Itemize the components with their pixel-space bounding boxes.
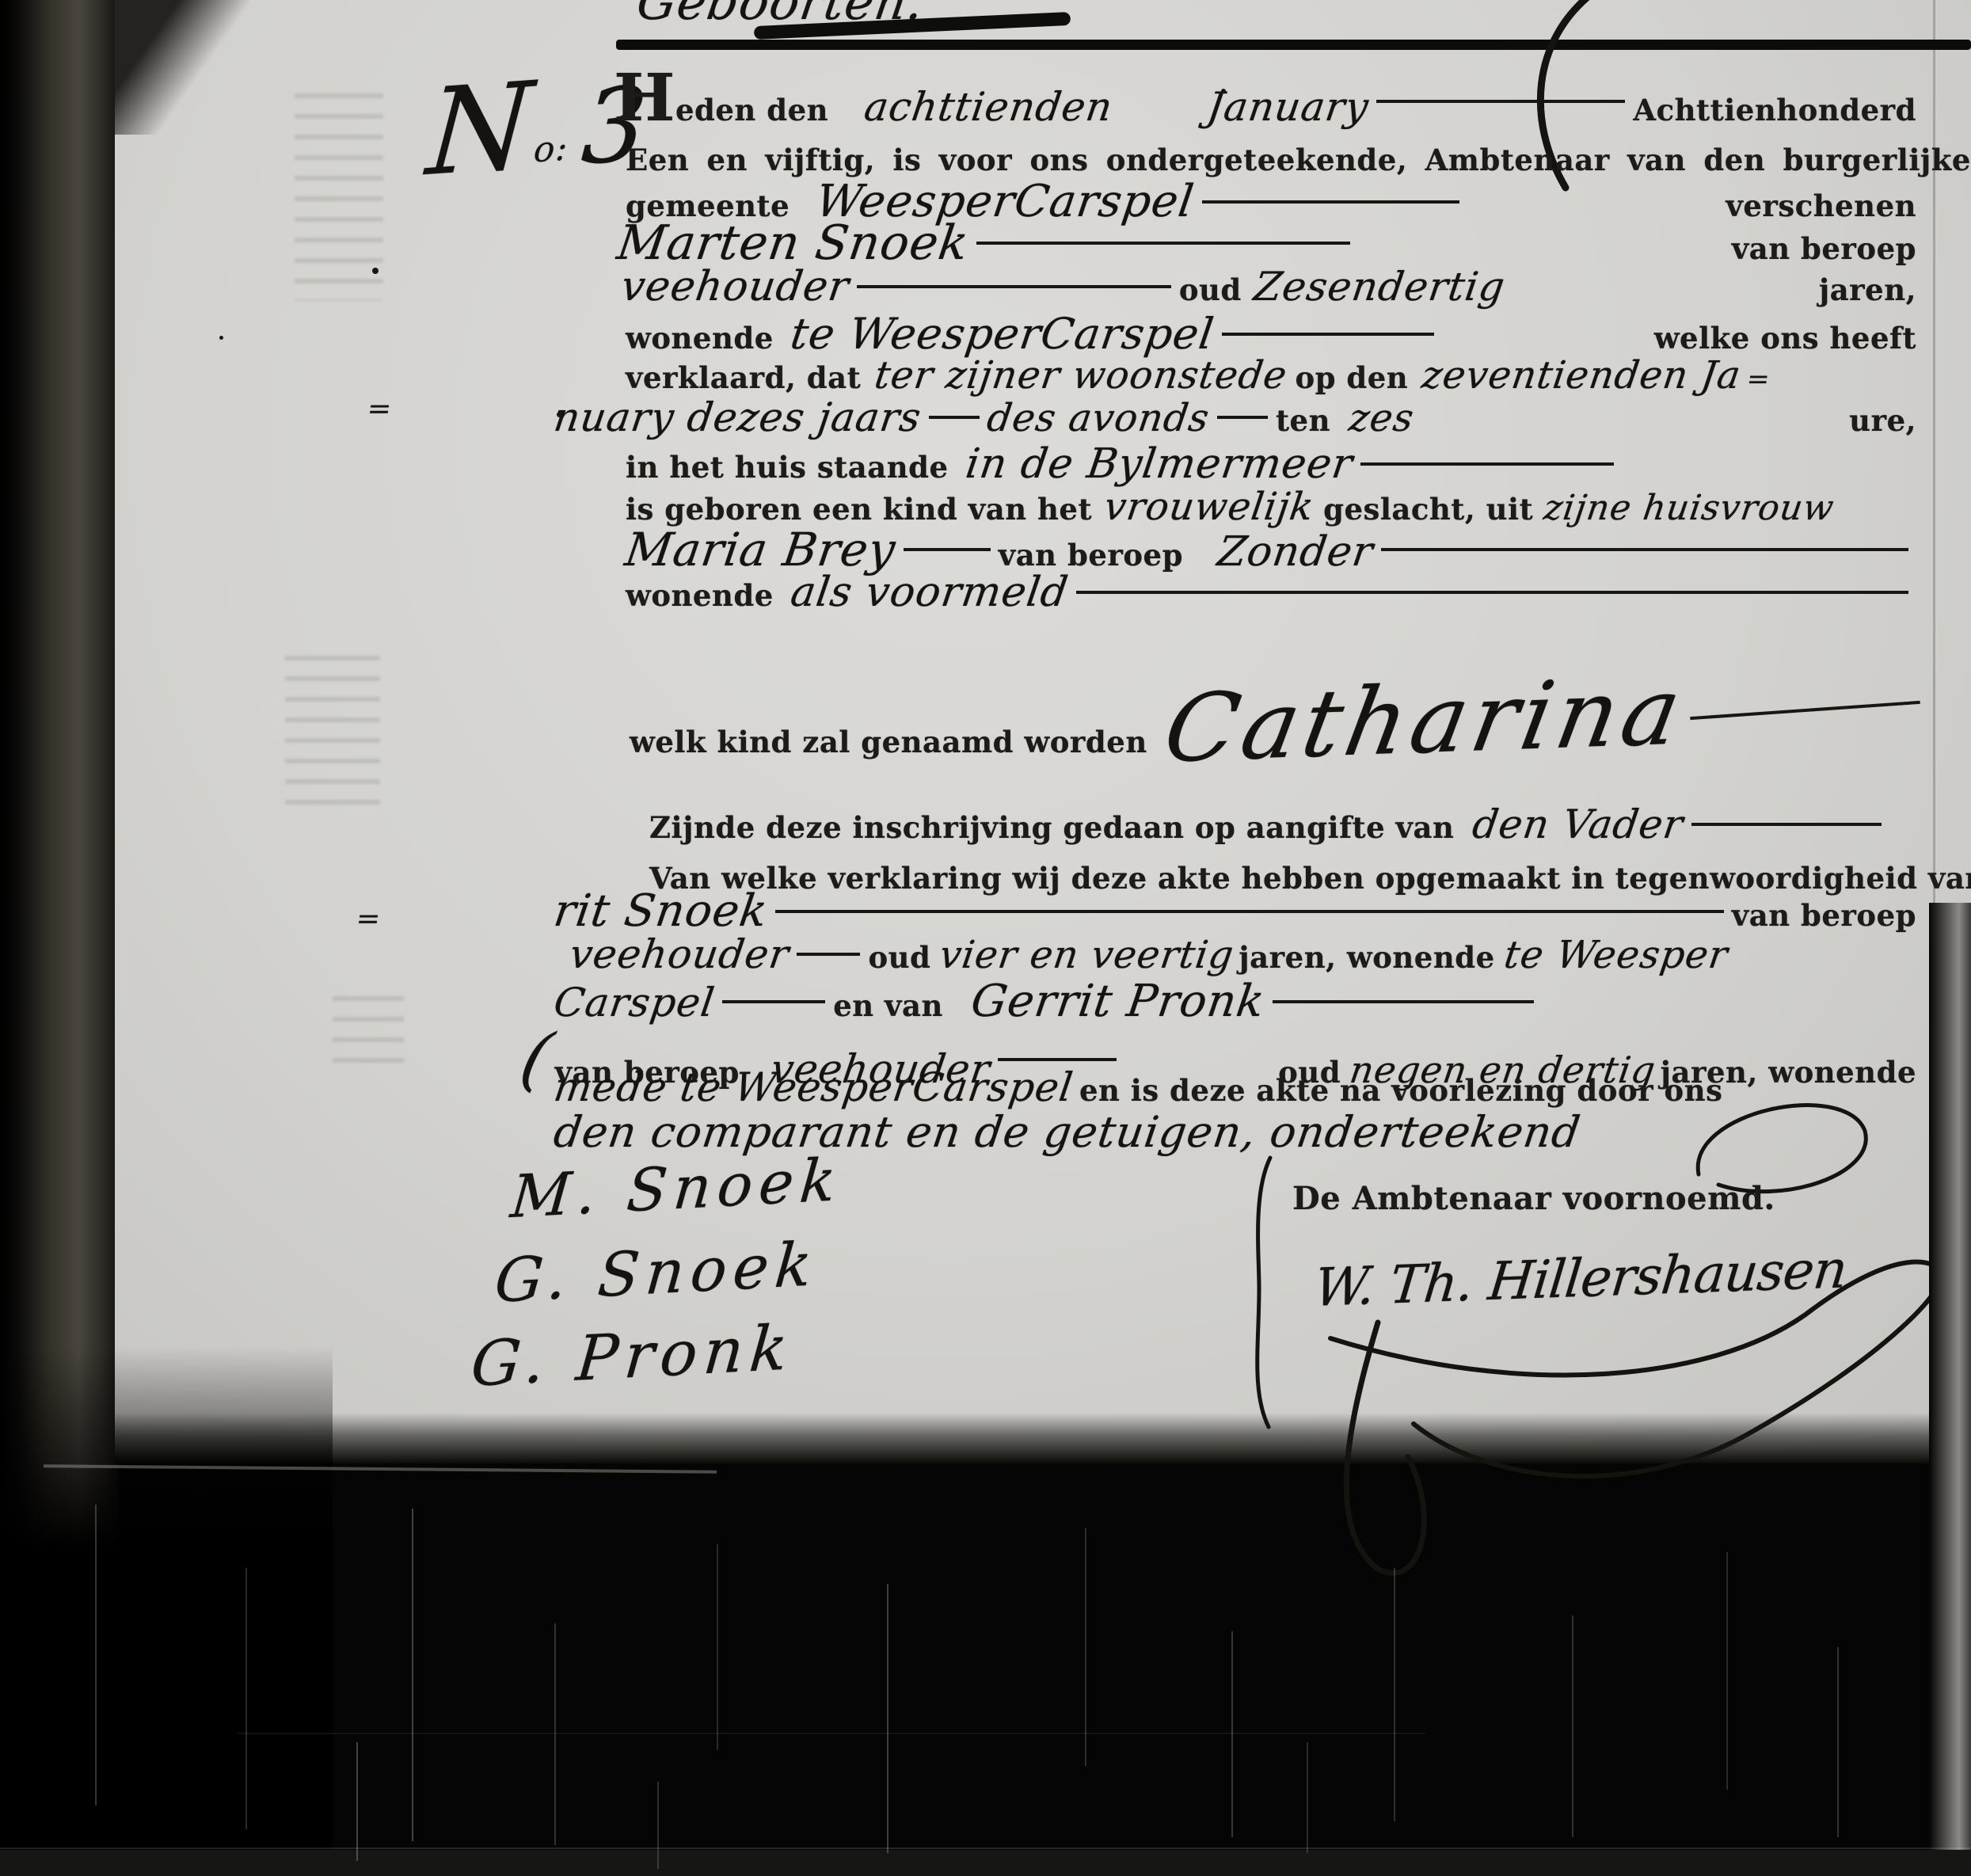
printed-text: oud	[1179, 272, 1242, 307]
ink-rule	[904, 548, 991, 552]
book-fore-edge	[1929, 903, 1971, 1876]
hyphen-mark: =	[354, 903, 383, 935]
background-strip	[0, 1850, 1971, 1876]
handwritten-witness1-occupation: veehouder	[567, 931, 793, 977]
printed-text: De Ambtenaar voornoemd.	[1292, 1180, 1775, 1217]
ink-rule	[1691, 823, 1882, 827]
ink-speck	[1221, 89, 1226, 93]
act-line-6: wonende te WeesperCarspel welke ons heef…	[626, 309, 1916, 359]
ink-rule	[1376, 100, 1625, 104]
printed-text: oud	[868, 940, 930, 975]
film-scratch	[1394, 1568, 1395, 1821]
film-scratch	[887, 1584, 888, 1853]
ink-rule	[775, 909, 1724, 913]
birth-record-scan: Geboorten. No: 3 H eden den achttienden …	[0, 0, 1971, 1876]
film-scratch	[245, 1568, 247, 1829]
binding-shadow	[0, 1346, 333, 1876]
ink-rule	[1690, 699, 1920, 719]
printed-text: ten	[1276, 403, 1330, 438]
handwritten-birthplace: in de Bylmermeer	[962, 440, 1356, 488]
handwritten-residence: te WeesperCarspel	[787, 309, 1217, 359]
act-number-sup: o:	[533, 127, 570, 170]
printed-text: eden den	[675, 93, 828, 127]
handwritten-witness1-name: rit Snoek	[550, 885, 771, 937]
ink-rule	[1202, 200, 1460, 204]
film-scratch	[1307, 1742, 1308, 1853]
official-signature-flourish	[1283, 1220, 1971, 1600]
printed-text: verklaard, dat	[626, 360, 861, 395]
ink-rule	[976, 242, 1350, 245]
ink-speck	[557, 412, 562, 417]
printed-text: wonende	[626, 321, 774, 356]
background-line	[0, 1847, 1971, 1849]
handwritten-child-name: Catharina	[1156, 656, 1693, 784]
film-scratch	[717, 1544, 718, 1750]
hyphen-mark: =	[365, 393, 394, 425]
ink-rule	[1217, 416, 1268, 420]
film-scratch	[95, 1505, 97, 1806]
printed-text: wonende	[626, 578, 774, 613]
signature-brace	[1250, 1158, 1284, 1431]
handwritten-closing: den comparant en de getuigen, onderteeke…	[551, 1107, 1584, 1157]
handwritten-time-of-day: des avonds	[984, 396, 1212, 440]
film-scratch	[1085, 1528, 1086, 1766]
page-corner-shadow	[115, 0, 249, 135]
printed-text: geslacht, uit	[1323, 492, 1533, 527]
printed-text: en is deze akte na voorlezing door ons	[1079, 1073, 1723, 1108]
printed-text: van beroep	[1732, 231, 1916, 266]
handwritten-witness1-residence-cont: Carspel	[551, 980, 717, 1026]
act-line-12: wonende als voormeld	[626, 569, 1916, 616]
ink-rule	[1076, 591, 1909, 595]
act-number-n: N	[423, 57, 537, 204]
printed-text: welk kind zal genaamd worden	[630, 725, 1147, 759]
ink-rule	[1360, 462, 1614, 466]
printed-text: Achttienhonderd	[1633, 93, 1916, 127]
handwritten-day: achttienden	[862, 84, 1116, 130]
film-scratch	[1726, 1552, 1728, 1790]
printed-text: in het huis staande	[626, 450, 949, 485]
act-line-2: Een en vijftig, is voor ons ondergeteeke…	[626, 143, 1916, 177]
ink-rule	[857, 285, 1171, 289]
handwritten-witness2-residence: mede te WeesperCarspel	[551, 1064, 1076, 1110]
ink-rule	[722, 999, 825, 1003]
film-scratch	[554, 1623, 556, 1845]
handwritten-occupation: veehouder	[618, 263, 853, 310]
printed-text: Een en vijftig, is voor ons ondergeteeke…	[626, 143, 1971, 177]
film-scratch	[1231, 1631, 1233, 1837]
handwritten-mother-residence: als voormeld	[788, 569, 1071, 616]
act-name-line: welk kind zal genaamd worden Catharina	[630, 665, 1928, 774]
official-label: De Ambtenaar voornoemd.	[1292, 1180, 1775, 1217]
drop-cap: H	[614, 73, 675, 125]
printed-text: welke ons heeft	[1654, 321, 1916, 356]
printed-text: jaren,	[1819, 272, 1916, 307]
ink-rule	[998, 1058, 1117, 1062]
film-scratch	[412, 1509, 413, 1841]
film-scratch	[657, 1782, 659, 1869]
ink-speck	[219, 336, 223, 340]
handwritten-month: January	[1204, 84, 1372, 130]
film-scratch	[356, 1742, 358, 1861]
ink-bleedthrough	[295, 93, 383, 301]
handwritten-text: ter zijner woonstede	[872, 353, 1290, 398]
film-scratch	[1837, 1647, 1839, 1837]
ink-rule	[797, 953, 860, 957]
act-line-7: verklaard, dat ter zijner woonstede op d…	[626, 353, 1924, 398]
handwritten-birthdate-cont: nuary dezes jaars	[551, 394, 924, 440]
ink-bleedthrough	[333, 996, 404, 1071]
handwritten-birthdate: zeventienden Ja	[1419, 353, 1744, 398]
printed-text: op den	[1295, 360, 1408, 395]
handwritten-informant: den Vader	[1470, 801, 1687, 847]
ink-rule	[1381, 548, 1908, 552]
ink-bleedthrough	[285, 656, 380, 818]
act-line-5: veehouder oud Zesendertig jaren,	[622, 263, 1916, 310]
handwritten-witness1-residence: te Weesper	[1501, 933, 1731, 977]
act-line-14: Zijnde deze inschrijving gedaan op aangi…	[649, 801, 1916, 847]
printed-text: en van	[833, 988, 943, 1023]
printed-text: jaren, wonende	[1239, 940, 1494, 975]
act-line-9: in het huis staande in de Bylmermeer	[626, 440, 1916, 488]
ink-rule	[929, 416, 980, 420]
handwritten-hour: zes	[1346, 396, 1417, 440]
printed-text: van beroep	[999, 538, 1183, 573]
act-line-16: rit Snoek van beroep	[554, 885, 1916, 937]
printed-text: ure,	[1849, 403, 1916, 438]
film-scratch	[1572, 1615, 1573, 1837]
ink-rule	[1273, 999, 1534, 1003]
handwritten-age: Zesendertig	[1251, 264, 1509, 310]
act-line-1: H eden den achttienden January Achttienh…	[614, 73, 1916, 130]
handwritten-witness1-age: vier en veertig	[937, 933, 1237, 977]
ink-speck	[372, 268, 379, 274]
header-rule	[616, 40, 1971, 50]
ink-rule	[1222, 332, 1434, 336]
printed-text: is geboren een kind van het	[626, 492, 1092, 527]
background-line	[238, 1733, 1425, 1734]
printed-text: Zijnde deze inschrijving gedaan op aangi…	[649, 810, 1454, 845]
hyphen-mark: =	[1745, 363, 1773, 395]
printed-text: van beroep	[1732, 898, 1916, 933]
act-line-8: nuary dezes jaars des avonds ten zes ure…	[554, 394, 1916, 440]
act-line-17: veehouder oud vier en veertig jaren, won…	[570, 931, 1916, 977]
